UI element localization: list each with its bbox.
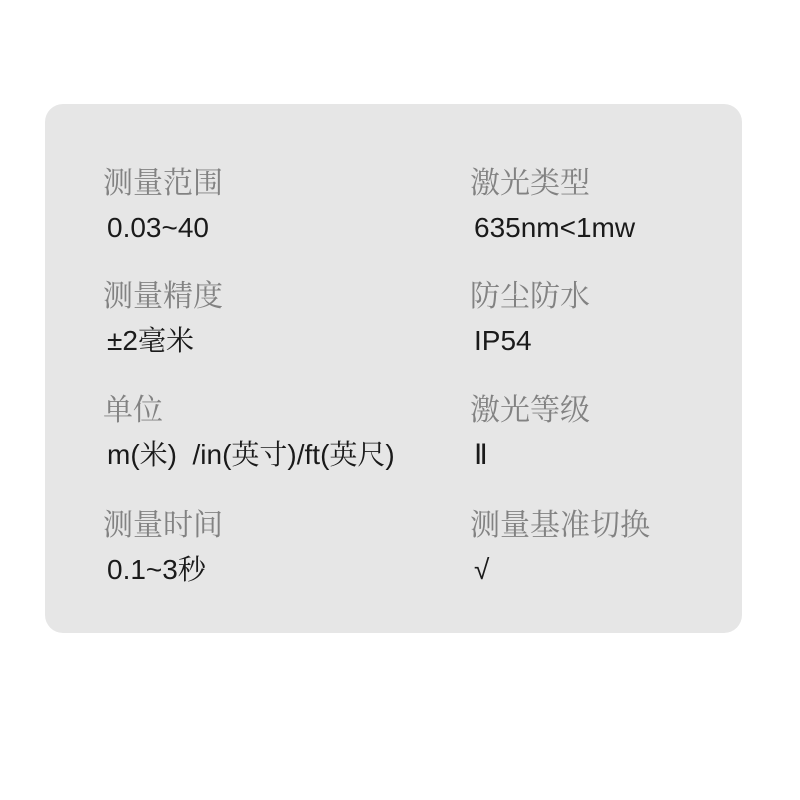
spec-label: 测量时间 [103, 510, 223, 542]
spec-label: 激光类型 [470, 168, 635, 200]
spec-label: 测量范围 [103, 168, 223, 200]
spec-label: 测量精度 [103, 281, 223, 313]
spec-item-laser-class: 激光等级 Ⅱ [470, 395, 590, 470]
spec-label: 测量基准切换 [470, 510, 650, 542]
spec-item-units: 单位 m(米) /in(英寸)/ft(英尺) [103, 395, 395, 470]
spec-item-laser-type: 激光类型 635nm<1mw [470, 168, 635, 243]
spec-value: 0.03~40 [103, 213, 223, 243]
page: { "theme": { "page_background": "#ffffff… [0, 0, 800, 800]
spec-value: Ⅱ [470, 440, 590, 470]
spec-value: ±2毫米 [103, 326, 223, 356]
spec-value: m(米) /in(英寸)/ft(英尺) [103, 440, 395, 470]
spec-value: √ [470, 555, 650, 585]
spec-value: 635nm<1mw [470, 213, 635, 243]
spec-value: IP54 [470, 326, 590, 356]
spec-item-dust-water-proof: 防尘防水 IP54 [470, 281, 590, 356]
spec-item-measure-time: 测量时间 0.1~3秒 [103, 510, 223, 585]
spec-panel: 测量范围 0.03~40 激光类型 635nm<1mw 测量精度 ±2毫米 防尘… [45, 104, 742, 633]
spec-label: 激光等级 [470, 395, 590, 427]
spec-item-measure-range: 测量范围 0.03~40 [103, 168, 223, 243]
spec-item-reference-switch: 测量基准切换 √ [470, 510, 650, 585]
spec-label: 单位 [103, 395, 395, 427]
spec-item-accuracy: 测量精度 ±2毫米 [103, 281, 223, 356]
spec-label: 防尘防水 [470, 281, 590, 313]
spec-value: 0.1~3秒 [103, 555, 223, 585]
